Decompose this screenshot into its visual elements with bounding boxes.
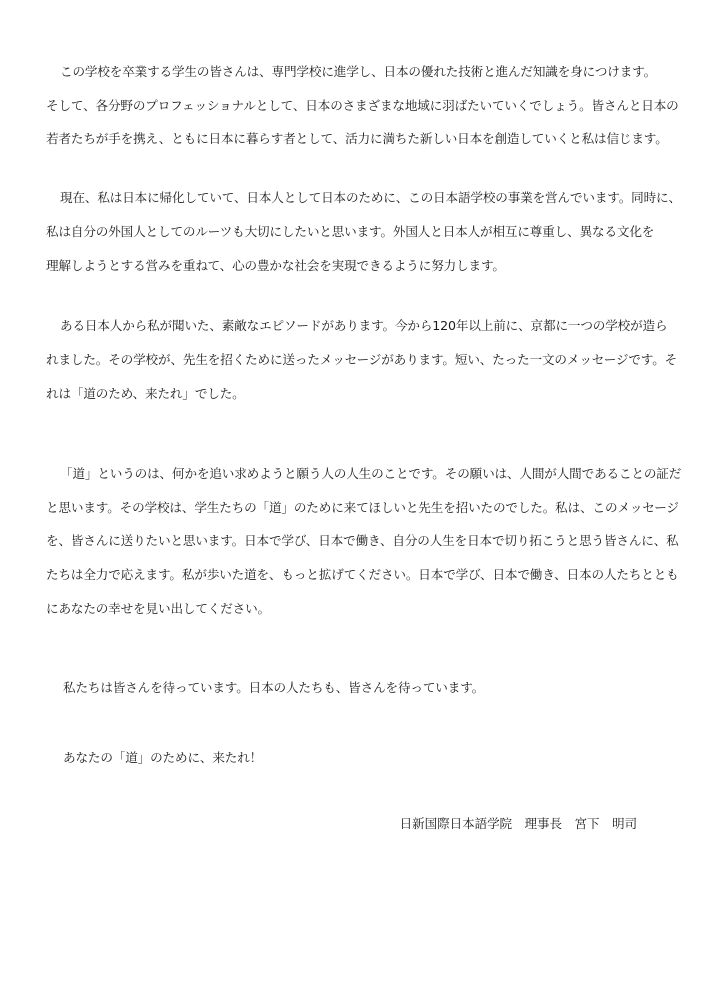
text-line: れは「道のため、来たれ」でした。: [46, 386, 245, 402]
text-line: 「道」というのは、何かを追い求めようと願う人の人生のことです。その願いは、人間が…: [60, 466, 681, 482]
text-line: そして、各分野のプロフェッショナルとして、日本のさまざまな地域に羽ばたいていくで…: [46, 98, 679, 114]
text-line: 理解しようとする営みを重ねて、心の豊かな社会を実現できるように努力します。: [46, 258, 505, 274]
text-line: あなたの「道」のために、来たれ！: [63, 750, 262, 766]
text-line: 現在、私は日本に帰化していて、日本人として日本のために、この日本語学校の事業を営…: [60, 190, 681, 206]
text-line: 若者たちが手を携え、ともに日本に暮らす者として、活力に満ちた新しい日本を創造して…: [46, 131, 668, 147]
text-line: たちは全力で応えます。私が歩いた道を、もっと拡げてください。日本で学び、日本で働…: [46, 567, 679, 583]
text-line: 私は自分の外国人としてのルーツも大切にしたいと思います。外国人と日本人が相互に尊…: [46, 224, 654, 240]
text-line: この学校を卒業する学生の皆さんは、専門学校に進学し、日本の優れた技術と進んだ知識…: [60, 64, 656, 80]
text-line: と思います。その学校は、学生たちの「道」のために来てほしいと先生を招いたのでした…: [46, 500, 679, 516]
text-line: れました。その学校が、先生を招くために送ったメッセージがあります。短い、たった一…: [46, 352, 677, 368]
text-line: にあなたの幸せを見い出してください。: [46, 601, 270, 617]
text-line: ある日本人から私が聞いた、素敵なエピソードがあります。今から120年以上前に、京…: [60, 318, 667, 334]
document-page: この学校を卒業する学生の皆さんは、専門学校に進学し、日本の優れた技術と進んだ知識…: [0, 0, 704, 996]
text-line: 私たちは皆さんを待っています。日本の人たちも、皆さんを待っています。: [63, 680, 484, 696]
text-line: を、皆さんに送りたいと思います。日本で学び、日本で働き、自分の人生を日本で切り拓…: [46, 533, 679, 549]
signature: 日新国際日本語学院 理事長 宮下 明司: [400, 816, 637, 832]
